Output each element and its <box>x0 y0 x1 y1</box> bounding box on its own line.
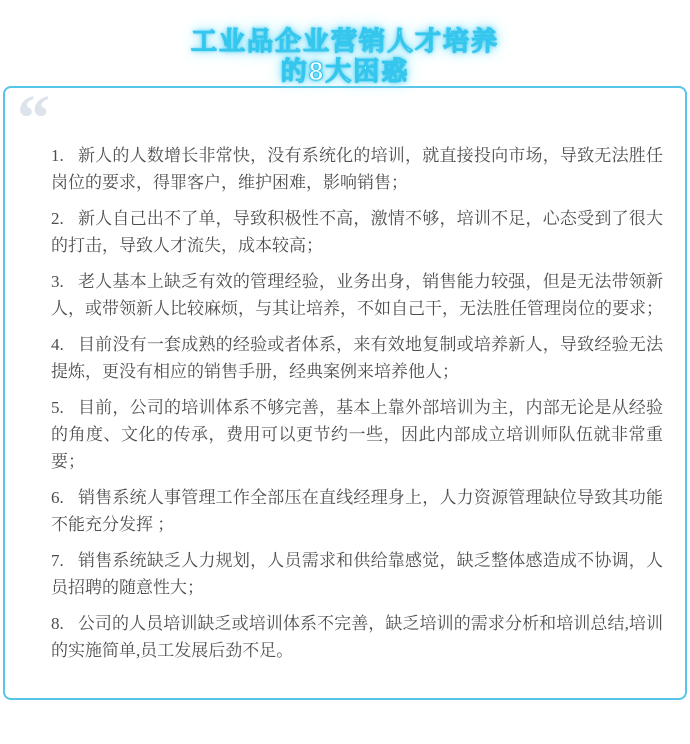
item-number: 2. <box>51 209 64 228</box>
list-item: 6.销售系统人事管理工作全部压在直线经理身上，人力资源管理缺位导致其功能不能充分… <box>51 484 663 538</box>
item-number: 4. <box>51 335 64 354</box>
item-number: 7. <box>51 551 64 570</box>
item-text: 目前，公司的培训体系不够完善，基本上靠外部培训为主，内部无论是从经验的角度、文化… <box>51 398 663 471</box>
page-title: 工业品企业营销人才培养 的8大困惑 <box>0 0 690 84</box>
item-text: 目前没有一套成熟的经验或者体系，来有效地复制或培养新人，导致经验无法提炼，更没有… <box>51 335 663 381</box>
list-item: 8.公司的人员培训缺乏或培训体系不完善，缺乏培训的需求分析和培训总结,培训的实施… <box>51 610 663 664</box>
item-text: 销售系统缺乏人力规划，人员需求和供给靠感觉，缺乏整体感造成不协调，人员招聘的随意… <box>51 551 663 597</box>
item-number: 3. <box>51 272 64 291</box>
list-item: 2.新人自己出不了单，导致积极性不高，激情不够，培训不足，心态受到了很大的打击，… <box>51 205 663 259</box>
page: 工业品企业营销人才培养 的8大困惑 “ 1.新人的人数增长非常快，没有系统化的培… <box>0 0 690 744</box>
item-text: 销售系统人事管理工作全部压在直线经理身上，人力资源管理缺位导致其功能不能充分发挥… <box>51 488 663 534</box>
item-text: 公司的人员培训缺乏或培训体系不完善，缺乏培训的需求分析和培训总结,培训的实施简单… <box>51 614 663 660</box>
list-item: 3.老人基本上缺乏有效的管理经验，业务出身，销售能力较强，但是无法带领新人，或带… <box>51 268 663 322</box>
item-number: 1. <box>51 146 64 165</box>
item-text: 老人基本上缺乏有效的管理经验，业务出身，销售能力较强，但是无法带领新人，或带领新… <box>51 272 663 318</box>
item-text: 新人的人数增长非常快，没有系统化的培训，就直接投向市场，导致无法胜任岗位的要求，… <box>51 146 663 192</box>
item-number: 5. <box>51 398 64 417</box>
item-number: 6. <box>51 488 64 507</box>
list-item: 4.目前没有一套成熟的经验或者体系，来有效地复制或培养新人，导致经验无法提炼，更… <box>51 331 663 385</box>
title-line-1: 工业品企业营销人才培养 <box>0 26 690 56</box>
list-item: 5.目前，公司的培训体系不够完善，基本上靠外部培训为主，内部无论是从经验的角度、… <box>51 394 663 475</box>
list-item: 1.新人的人数增长非常快，没有系统化的培训，就直接投向市场，导致无法胜任岗位的要… <box>51 142 663 196</box>
quote-box: “ 1.新人的人数增长非常快，没有系统化的培训，就直接投向市场，导致无法胜任岗位… <box>3 86 687 700</box>
item-text: 新人自己出不了单，导致积极性不高，激情不够，培训不足，心态受到了很大的打击，导致… <box>51 209 663 255</box>
item-list: 1.新人的人数增长非常快，没有系统化的培训，就直接投向市场，导致无法胜任岗位的要… <box>15 142 665 664</box>
open-quote-icon: “ <box>17 96 665 138</box>
title-line-2: 的8大困惑 <box>0 56 690 86</box>
item-number: 8. <box>51 614 64 633</box>
list-item: 7.销售系统缺乏人力规划，人员需求和供给靠感觉，缺乏整体感造成不协调，人员招聘的… <box>51 547 663 601</box>
